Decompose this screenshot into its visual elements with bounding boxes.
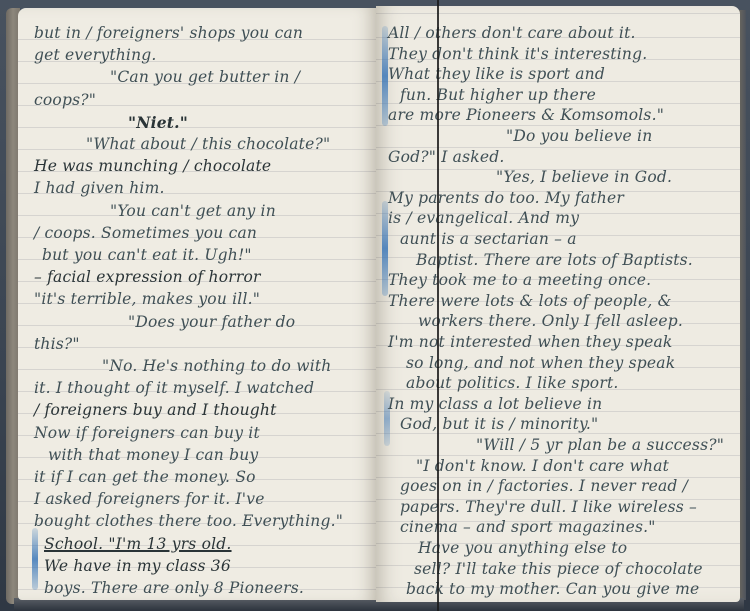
handwritten-line: What they like is sport and xyxy=(388,65,605,83)
handwritten-line: In my class a lot believe in xyxy=(388,395,602,413)
handwritten-line: boys. There are only 8 Pioneers. xyxy=(44,579,304,597)
handwritten-line: / coops. Sometimes you can xyxy=(34,224,257,242)
handwritten-line: bought clothes there too. Everything." xyxy=(34,512,343,530)
handwritten-line: it if I can get the money. So xyxy=(34,468,256,486)
handwritten-line: I asked foreigners for it. I've xyxy=(34,490,265,508)
handwritten-line: Have you anything else to xyxy=(418,539,627,557)
handwritten-line: God, but it is / minority." xyxy=(400,415,598,433)
handwritten-line-school-heading: School. "I'm 13 yrs old. xyxy=(44,535,232,553)
handwritten-line: but in / foreigners' shops you can xyxy=(34,24,303,42)
handwritten-line: get everything. xyxy=(34,46,157,64)
handwritten-line: workers there. Only I fell asleep. xyxy=(418,312,683,330)
handwritten-line: "Does your father do xyxy=(128,313,295,331)
handwritten-line: "What about / this chocolate?" xyxy=(86,135,330,153)
handwritten-line: There were lots & lots of people, & xyxy=(388,292,672,310)
handwritten-line: back to my mother. Can you give me xyxy=(406,580,699,598)
handwritten-line: "You can't get any in xyxy=(110,202,276,220)
handwritten-line: – facial expression of horror xyxy=(34,268,261,286)
handwritten-line: papers. They're dull. I like wireless – xyxy=(400,498,697,516)
handwritten-line: this?" xyxy=(34,335,80,353)
handwritten-line: it. I thought of it myself. I watched xyxy=(34,379,314,397)
handwritten-line: / foreigners buy and I thought xyxy=(34,401,277,419)
handwritten-line: but you can't eat it. Ugh!" xyxy=(42,246,252,264)
handwritten-line: They don't think it's interesting. xyxy=(388,45,647,63)
handwritten-line: so long, and not when they speak xyxy=(406,354,675,372)
left-page: but in / foreigners' shops you can get e… xyxy=(18,8,376,600)
handwritten-line: "I don't know. I don't care what xyxy=(416,457,669,475)
blue-pencil-mark xyxy=(32,528,38,590)
handwritten-line: sell? I'll take this piece of chocolate xyxy=(414,560,703,578)
right-page: All / others don't care about it. They d… xyxy=(376,6,740,602)
handwritten-line: aunt is a sectarian – a xyxy=(400,230,577,248)
handwritten-line: is / evangelical. And my xyxy=(388,209,579,227)
handwritten-line: I had given him. xyxy=(34,179,165,197)
handwritten-line: Baptist. There are lots of Baptists. xyxy=(416,251,693,269)
handwritten-line: I'm not interested when they speak xyxy=(388,333,673,351)
handwritten-line: are more Pioneers & Komsomols." xyxy=(388,106,664,124)
handwritten-line: "Can you get butter in / xyxy=(110,68,300,86)
handwritten-line: "it's terrible, makes you ill." xyxy=(34,290,260,308)
handwritten-line: All / others don't care about it. xyxy=(388,24,636,42)
handwritten-line: God?" I asked. xyxy=(388,148,504,166)
handwritten-line: We have in my class 36 xyxy=(44,557,231,575)
handwritten-line: with that money I can buy xyxy=(48,446,258,464)
handwritten-line: They took me to a meeting once. xyxy=(388,271,651,289)
handwritten-line: "Do you believe in xyxy=(506,127,652,145)
handwritten-line: "Yes, I believe in God. xyxy=(496,168,672,186)
handwritten-line: "Niet." xyxy=(128,113,188,132)
handwritten-line: He was munching / chocolate xyxy=(34,157,271,175)
handwritten-line: "No. He's nothing to do with xyxy=(102,357,331,375)
handwritten-line: Now if foreigners can buy it xyxy=(34,424,260,442)
handwritten-line: "Will / 5 yr plan be a success?" xyxy=(476,436,724,454)
handwritten-line: fun. But higher up there xyxy=(400,86,596,104)
page-divider-line xyxy=(437,0,439,611)
handwritten-line: goes on in / factories. I never read / xyxy=(400,477,688,495)
handwritten-line: My parents do too. My father xyxy=(388,189,624,207)
handwritten-line: coops?" xyxy=(34,91,96,109)
